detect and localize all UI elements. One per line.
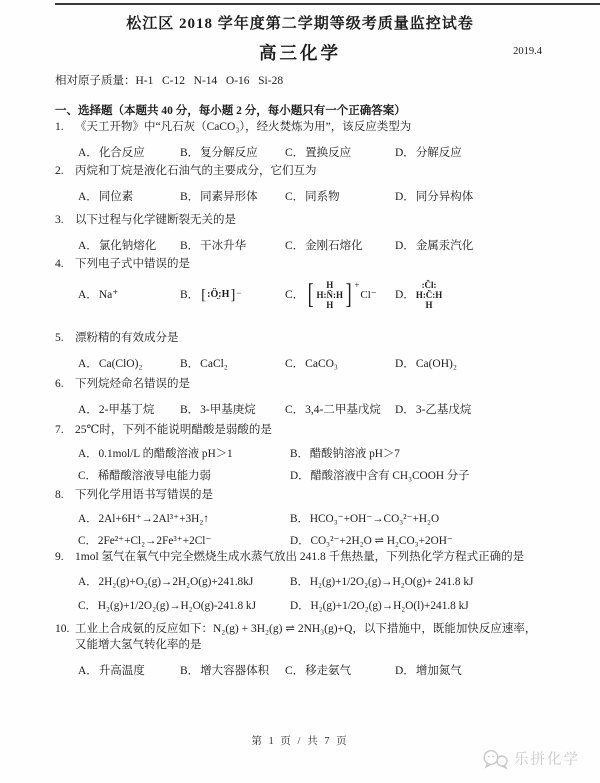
options-grid: A．0.1mol/L 的醋酸溶液 pH＞1 B．醋酸钠溶液 pH＞7 C．稀醋酸… (78, 447, 547, 483)
option-text: 同位素 (99, 191, 134, 203)
chat-bubbles-icon (482, 749, 509, 769)
option-label: B． (290, 448, 309, 460)
sodium-ion-formula: Na⁺ (99, 288, 118, 302)
ionic-equation: HCO₃⁻+OH⁻→CO₃²⁻+H₂O (310, 513, 439, 525)
option-text: 分解反应 (416, 147, 462, 159)
chloride-ion: Cl⁻ (360, 288, 376, 302)
option-label: D． (395, 358, 415, 370)
option-d: D．金属汞汽化 (395, 239, 547, 253)
question-number: 9. (55, 549, 75, 565)
question-text: 下列电子式中错误的是 (75, 256, 547, 272)
option-b: B．3-甲基庚烷 (180, 403, 285, 417)
options-row: A．Ca(ClO)₂ B．CaCl₂ C．CaCO₃ D．Ca(OH)₂ (78, 357, 547, 371)
chloromethane-electron-formula: :C̈l: H:C̈:H H (416, 280, 443, 310)
question-1: 1. 《天工开物》中“凡石灰（CaCO₃），经火焚炼为用”，该反应类型为 A．化… (55, 119, 547, 160)
question-text: 下列烷烃命名错误的是 (75, 376, 547, 392)
formula-line: H:C̈:H (416, 290, 443, 300)
option-b: B．同素异形体 (180, 190, 285, 204)
bracket-right: ] (230, 288, 235, 302)
option-label: B． (290, 576, 309, 588)
option-text: 3,4-二甲基戊烷 (305, 404, 381, 416)
ionic-equation: 2Al+6H⁺→2Al³⁺+3H₂↑ (98, 513, 208, 525)
option-a: A．2Al+6H⁺→2Al³⁺+3H₂↑ (78, 512, 290, 526)
option-label: D． (395, 665, 415, 677)
question-text: 丙烷和丁烷是液化石油气的主要成分，它们互为 (75, 163, 547, 179)
option-d: D．分解反应 (395, 146, 547, 160)
option-label: B． (180, 240, 199, 252)
question-5: 5. 漂粉精的有效成分是 A．Ca(ClO)₂ B．CaCl₂ C．CaCO₃ … (55, 330, 547, 371)
option-d: D．增加氮气 (395, 664, 547, 678)
formula-line: H (426, 300, 433, 310)
option-d: D． :C̈l: H:C̈:H H (395, 280, 547, 310)
option-text: 醋酸钠溶液 pH＞7 (310, 448, 400, 460)
option-label: C． (285, 147, 304, 159)
option-text: 同分异构体 (416, 191, 474, 203)
option-text: 0.1mol/L 的醋酸溶液 pH＞1 (98, 448, 232, 460)
options-row: A．氯化钠熔化 B．干冰升华 C．金刚石熔化 D．金属汞汽化 (78, 239, 547, 253)
question-number: 5. (55, 330, 75, 346)
top-rule (55, 3, 600, 5)
option-text: 金属汞汽化 (416, 240, 474, 252)
question-number: 8. (55, 487, 75, 503)
option-label: C． (285, 191, 304, 203)
option-text: 同系物 (305, 191, 340, 203)
question-text: 《天工开物》中“凡石灰（CaCO₃），经火焚炼为用”，该反应类型为 (75, 119, 547, 135)
question-text: 工业上合成氨的反应如下：N₂(g) + 3H₂(g) ⇌ 2NH₃(g)+Q，以… (75, 621, 547, 653)
bracket-left: [ (201, 288, 206, 302)
option-a: A．化合反应 (78, 146, 180, 160)
option-text: Ca(ClO)₂ (99, 358, 143, 370)
option-text: 同素异形体 (200, 191, 258, 203)
question-text: 漂粉精的有效成分是 (75, 330, 547, 346)
option-text: 升高温度 (99, 665, 145, 677)
option-text: 醋酸溶液中含有 CH₃COOH 分子 (310, 470, 469, 482)
question-8: 8. 下列化学用语书写错误的是 A．2Al+6H⁺→2Al³⁺+3H₂↑ B．H… (55, 487, 547, 548)
option-text: 置换反应 (305, 147, 351, 159)
option-text: 移走氨气 (305, 665, 351, 677)
options-row: A．2-甲基丁烷 B．3-甲基庚烷 C．3,4-二甲基戊烷 D．3-乙基戊烷 (78, 403, 547, 417)
option-label: C． (285, 240, 304, 252)
option-label: D． (395, 240, 415, 252)
option-label: C． (285, 404, 304, 416)
ionic-equation: 2Fe²⁺+Cl₂→2Fe³⁺+2Cl⁻ (98, 535, 212, 547)
option-a: A．Ca(ClO)₂ (78, 357, 180, 371)
watermark: 乐拼化学 (482, 748, 580, 769)
option-label: A． (78, 665, 98, 677)
option-label: A． (78, 288, 98, 302)
options-row: A．化合反应 B．复分解反应 C．置换反应 D．分解反应 (78, 146, 547, 160)
option-a: A．0.1mol/L 的醋酸溶液 pH＞1 (78, 447, 290, 461)
option-text: 干冰升华 (200, 240, 246, 252)
option-text: 增大容器体积 (200, 665, 269, 677)
question-10: 10. 工业上合成氨的反应如下：N₂(g) + 3H₂(g) ⇌ 2NH₃(g)… (55, 621, 547, 678)
option-text: 2-甲基丁烷 (99, 404, 155, 416)
question-number: 4. (55, 256, 75, 272)
option-c: C．同系物 (285, 190, 395, 204)
option-a: A．同位素 (78, 190, 180, 204)
option-label: A． (78, 576, 97, 588)
option-d: D．H₂(g)+1/2O₂(g)→H₂O(l)+241.8 kJ (290, 599, 473, 613)
option-a: A．氯化钠熔化 (78, 239, 180, 253)
bracket-left: [ (308, 281, 314, 309)
option-c: C．置换反应 (285, 146, 395, 160)
question-text: 25℃时，下列不能说明醋酸是弱酸的是 (75, 422, 547, 438)
question-4: 4. 下列电子式中错误的是 A．Na⁺ B． [ :Ö̤:H ] − C． [ … (55, 256, 547, 310)
formula-line: H (326, 300, 333, 310)
option-text: CaCl₂ (200, 358, 228, 370)
option-label: D． (395, 288, 415, 302)
option-label: D． (290, 600, 309, 612)
option-text: 金刚石熔化 (305, 240, 363, 252)
option-label: A． (78, 404, 98, 416)
option-text: 3-甲基庚烷 (200, 404, 256, 416)
option-text: 化合反应 (99, 147, 145, 159)
options-row: A．升高温度 B．增大容器体积 C．移走氨气 D．增加氮气 (78, 664, 547, 678)
charge-superscript: − (236, 286, 241, 300)
option-label: C． (78, 470, 97, 482)
question-number: 7. (55, 422, 75, 438)
option-b: B．干冰升华 (180, 239, 285, 253)
question-9: 9. 1mol 氢气在氧气中完全燃烧生成水蒸气放出 241.8 千焦热量，下列热… (55, 549, 547, 613)
option-text: 氯化钠熔化 (99, 240, 157, 252)
question-text: 下列化学用语书写错误的是 (75, 487, 547, 503)
option-label: A． (78, 191, 98, 203)
hydroxide-electron-formula: :Ö̤:H (207, 288, 229, 302)
option-label: A． (78, 147, 98, 159)
option-label: A． (78, 513, 97, 525)
options-row: A．Na⁺ B． [ :Ö̤:H ] − C． [ H H:N̈:H H ] +… (78, 280, 547, 310)
option-a: A．升高温度 (78, 664, 180, 678)
option-d: D．醋酸溶液中含有 CH₃COOH 分子 (290, 469, 469, 483)
atomic-mass-line: 相对原子质量：H-1 C-12 N-14 O-16 Si-28 (55, 72, 600, 88)
formula-line: :C̈l: (422, 280, 437, 290)
option-a: A．2H₂(g)+O₂(g)→2H₂O(g)+241.8kJ (78, 575, 290, 589)
option-d: D．Ca(OH)₂ (395, 357, 547, 371)
option-c: C．CaCO₃ (285, 357, 395, 371)
option-label: D． (395, 147, 415, 159)
question-text: 以下过程与化学键断裂无关的是 (75, 212, 547, 228)
option-b: B．醋酸钠溶液 pH＞7 (290, 447, 469, 461)
question-number: 3. (55, 212, 75, 228)
option-b: B．复分解反应 (180, 146, 285, 160)
question-number: 2. (55, 163, 75, 179)
option-d: D．同分异构体 (395, 190, 547, 204)
option-label: B． (290, 513, 309, 525)
option-label: C． (78, 600, 97, 612)
option-label: A． (78, 448, 97, 460)
subtitle-row: 高三化学 2019.4 (0, 40, 600, 63)
options-row: A．同位素 B．同素异形体 C．同系物 D．同分异构体 (78, 190, 547, 204)
option-text: CaCO₃ (305, 358, 338, 370)
exam-subject-title: 高三化学 (0, 40, 600, 65)
question-number: 1. (55, 119, 75, 135)
thermochemical-equation: H₂(g)+1/2O₂(g)→H₂O(g)-241.8 kJ (98, 600, 256, 612)
option-label: B． (180, 404, 199, 416)
option-text: 复分解反应 (200, 147, 258, 159)
exam-page: 松江区 2018 学年度第二学期等级考质量监控试卷 高三化学 2019.4 相对… (0, 0, 600, 783)
question-number: 10. (55, 621, 75, 653)
option-text: 3-乙基戊烷 (416, 404, 472, 416)
bracket-right: ] (346, 281, 352, 309)
option-c: C．2Fe²⁺+Cl₂→2Fe³⁺+2Cl⁻ (78, 534, 290, 548)
option-text: 增加氮气 (416, 665, 462, 677)
watermark-text: 乐拼化学 (514, 748, 580, 769)
charge-superscript: + (354, 278, 359, 292)
question-2: 2. 丙烷和丁烷是液化石油气的主要成分，它们互为 A．同位素 B．同素异形体 C… (55, 163, 547, 204)
thermochemical-equation: H₂(g)+1/2O₂(g)→H₂O(l)+241.8 kJ (310, 600, 468, 612)
options-grid: A．2Al+6H⁺→2Al³⁺+3H₂↑ B．HCO₃⁻+OH⁻→CO₃²⁻+H… (78, 512, 547, 548)
option-label: A． (78, 240, 98, 252)
option-label: C． (285, 358, 304, 370)
page-number: 第 1 页 / 共 7 页 (0, 733, 600, 748)
option-label: D． (290, 535, 309, 547)
option-label: C． (285, 665, 304, 677)
thermochemical-equation: 2H₂(g)+O₂(g)→2H₂O(g)+241.8kJ (98, 576, 253, 588)
option-a: A．Na⁺ (78, 288, 180, 302)
option-c: C．移走氨气 (285, 664, 395, 678)
option-b: B．HCO₃⁻+OH⁻→CO₃²⁻+H₂O (290, 512, 453, 526)
option-label: B． (180, 147, 199, 159)
question-number: 6. (55, 376, 75, 392)
exam-date: 2019.4 (513, 46, 542, 57)
thermochemical-equation: H₂(g)+1/2O₂(g)→H₂O(g)+ 241.8 kJ (310, 576, 474, 588)
option-label: B． (180, 665, 199, 677)
option-c: C．稀醋酸溶液导电能力弱 (78, 469, 290, 483)
question-text: 1mol 氢气在氧气中完全燃烧生成水蒸气放出 241.8 千焦热量，下列热化学方… (75, 549, 547, 565)
options-grid: A．2H₂(g)+O₂(g)→2H₂O(g)+241.8kJ B．H₂(g)+1… (78, 575, 547, 613)
option-label: D． (290, 470, 309, 482)
section-heading: 一、选择题（本题共 40 分，每小题 2 分，每小题只有一个正确答案） (55, 102, 600, 118)
option-d: D．3-乙基戊烷 (395, 403, 547, 417)
option-c: C．H₂(g)+1/2O₂(g)→H₂O(g)-241.8 kJ (78, 599, 290, 613)
option-d: D．CO₃²⁻+2H₂O ⇌ H₂CO₃+2OH⁻ (290, 534, 453, 548)
option-b: B． [ :Ö̤:H ] − (180, 288, 285, 302)
option-b: B．CaCl₂ (180, 357, 285, 371)
option-label: B． (180, 358, 199, 370)
option-text: 稀醋酸溶液导电能力弱 (98, 470, 211, 482)
option-label: C． (78, 535, 97, 547)
option-label: D． (395, 404, 415, 416)
option-label: B． (180, 288, 199, 302)
option-c: C． [ H H:N̈:H H ] + Cl⁻ (285, 280, 395, 310)
option-label: C． (285, 288, 304, 302)
option-label: A． (78, 358, 98, 370)
option-b: B．H₂(g)+1/2O₂(g)→H₂O(g)+ 241.8 kJ (290, 575, 473, 589)
question-7: 7. 25℃时，下列不能说明醋酸是弱酸的是 A．0.1mol/L 的醋酸溶液 p… (55, 422, 547, 483)
question-6: 6. 下列烷烃命名错误的是 A．2-甲基丁烷 B．3-甲基庚烷 C．3,4-二甲… (55, 376, 547, 417)
option-label: B． (180, 191, 199, 203)
formula-line: H:N̈:H (317, 290, 344, 300)
option-c: C．金刚石熔化 (285, 239, 395, 253)
option-text: Ca(OH)₂ (416, 358, 457, 370)
ionic-equation: CO₃²⁻+2H₂O ⇌ H₂CO₃+2OH⁻ (310, 535, 452, 547)
question-3: 3. 以下过程与化学键断裂无关的是 A．氯化钠熔化 B．干冰升华 C．金刚石熔化… (55, 212, 547, 253)
option-b: B．增大容器体积 (180, 664, 285, 678)
option-c: C．3,4-二甲基戊烷 (285, 403, 395, 417)
ammonium-electron-formula: H H:N̈:H H (317, 280, 344, 310)
option-label: D． (395, 191, 415, 203)
formula-line: H (326, 280, 333, 290)
option-a: A．2-甲基丁烷 (78, 403, 180, 417)
